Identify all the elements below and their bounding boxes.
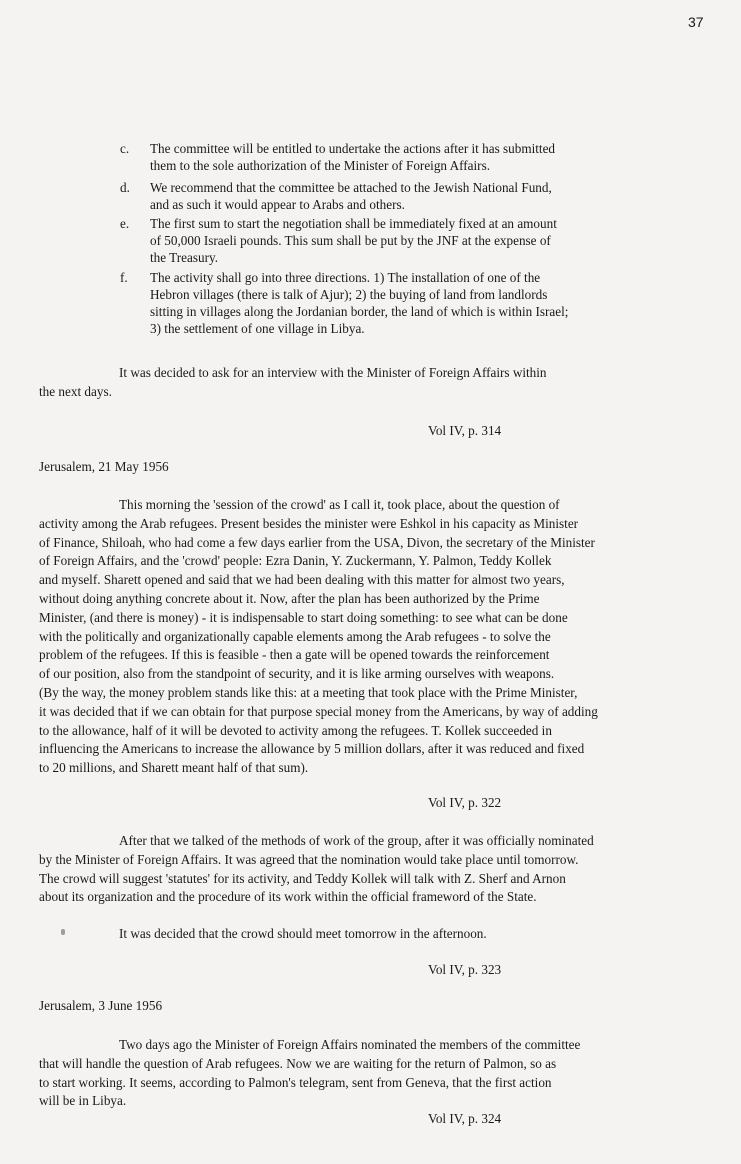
list-label: e. — [120, 215, 129, 232]
text-line: Minister, (and there is money) - it is i… — [39, 609, 598, 628]
text-line: of Finance, Shiloah, who had come a few … — [39, 534, 598, 553]
text-line: influencing the Americans to increase th… — [39, 740, 598, 759]
text-line: 3) the settlement of one village in Liby… — [150, 320, 670, 337]
paragraph-interview: It was decided to ask for an interview w… — [39, 364, 547, 402]
text-line: of Foreign Affairs, and the 'crowd' peop… — [39, 552, 598, 571]
text-line: and as such it would appear to Arabs and… — [150, 196, 670, 213]
citation-322: Vol IV, p. 322 — [428, 795, 501, 811]
dateline-3-june-1956: Jerusalem, 3 June 1956 — [39, 998, 162, 1014]
paragraph-methods: After that we talked of the methods of w… — [39, 832, 594, 907]
text-line: (By the way, the money problem stands li… — [39, 684, 598, 703]
text-line: This morning the 'session of the crowd' … — [39, 496, 598, 515]
text-line: problem of the refugees. If this is feas… — [39, 646, 598, 665]
citation-314: Vol IV, p. 314 — [428, 423, 501, 439]
text-line: activity among the Arab refugees. Presen… — [39, 515, 598, 534]
dateline-21-may-1956: Jerusalem, 21 May 1956 — [39, 459, 169, 475]
text-line: without doing anything concrete about it… — [39, 590, 598, 609]
text-line: that will handle the question of Arab re… — [39, 1055, 580, 1074]
citation-324: Vol IV, p. 324 — [428, 1111, 501, 1127]
text-line: Two days ago the Minister of Foreign Aff… — [39, 1036, 580, 1055]
text-line: Hebron villages (there is talk of Ajur);… — [150, 286, 670, 303]
citation-323: Vol IV, p. 323 — [428, 962, 501, 978]
text-line: to 20 millions, and Sharett meant half o… — [39, 759, 598, 778]
text-line: the Treasury. — [150, 249, 670, 266]
text-line: by the Minister of Foreign Affairs. It w… — [39, 851, 594, 870]
text-line: the next days. — [39, 383, 547, 402]
text-line: to the allowance, half of it will be dev… — [39, 722, 598, 741]
text-line: will be in Libya. — [39, 1092, 580, 1111]
text-line: It was decided that the crowd should mee… — [39, 925, 487, 944]
list-label: d. — [120, 179, 130, 196]
paragraph-session: This morning the 'session of the crowd' … — [39, 496, 598, 778]
text-line: about its organization and the procedure… — [39, 888, 594, 907]
text-line: It was decided to ask for an interview w… — [39, 364, 547, 383]
paragraph-meet: It was decided that the crowd should mee… — [39, 925, 487, 944]
document-page: 37 c. The committee will be entitled to … — [0, 0, 741, 1164]
text-line: The committee will be entitled to undert… — [150, 140, 670, 157]
text-line: of 50,000 Israeli pounds. This sum shall… — [150, 232, 670, 249]
text-line: to start working. It seems, according to… — [39, 1074, 580, 1093]
text-line: The activity shall go into three directi… — [150, 269, 670, 286]
text-line: of our position, also from the standpoin… — [39, 665, 598, 684]
text-line: The first sum to start the negotiation s… — [150, 215, 670, 232]
text-line: them to the sole authorization of the Mi… — [150, 157, 670, 174]
text-line: it was decided that if we can obtain for… — [39, 703, 598, 722]
text-line: The crowd will suggest 'statutes' for it… — [39, 870, 594, 889]
text-line: sitting in villages along the Jordanian … — [150, 303, 670, 320]
list-label: c. — [120, 140, 129, 157]
text-line: and myself. Sharett opened and said that… — [39, 571, 598, 590]
text-line: with the politically and organizationall… — [39, 628, 598, 647]
list-label: f. — [120, 269, 128, 286]
text-line: We recommend that the committee be attac… — [150, 179, 670, 196]
text-line: After that we talked of the methods of w… — [39, 832, 594, 851]
paragraph-nominated: Two days ago the Minister of Foreign Aff… — [39, 1036, 580, 1111]
page-number: 37 — [688, 14, 704, 30]
